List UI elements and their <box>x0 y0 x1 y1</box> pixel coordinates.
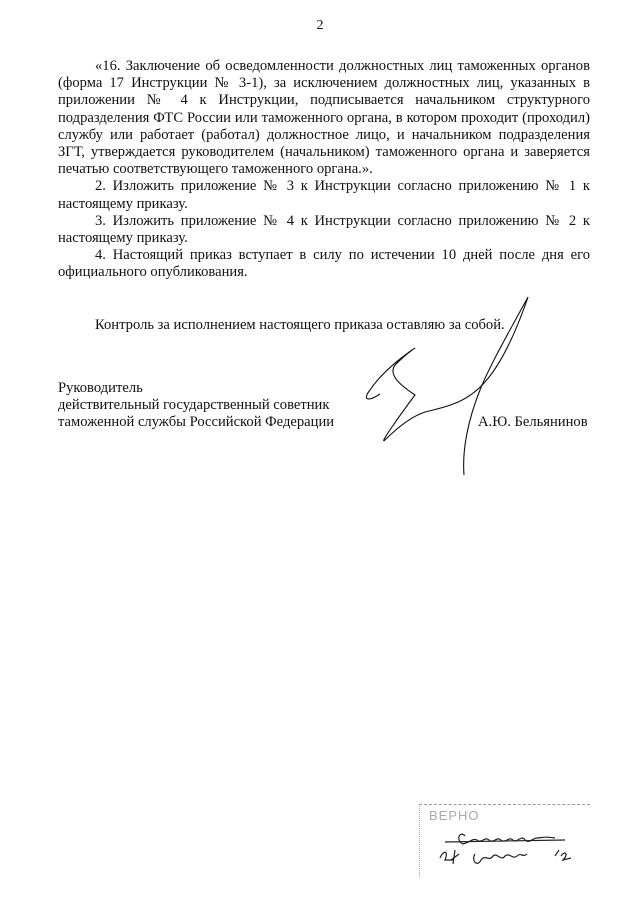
signatory-name: А.Ю. Бельянинов <box>478 414 588 431</box>
document-body: «16. Заключение об осведомленности должн… <box>58 58 590 282</box>
signatory-title: Руководитель действительный государствен… <box>58 380 334 432</box>
signatory-title-line2: действительный государственный советник <box>58 397 334 414</box>
signatory-title-line1: Руководитель <box>58 380 334 397</box>
paragraph-16: «16. Заключение об осведомленности должн… <box>58 58 590 178</box>
paragraph-2: 2. Изложить приложение № 3 к Инструкции … <box>58 178 590 212</box>
signatory-title-line3: таможенной службы Российской Федерации <box>58 414 334 431</box>
handwritten-annotation-icon <box>415 798 590 878</box>
certification-stamp: ВЕРНО <box>415 798 590 878</box>
page-number: 2 <box>0 18 640 34</box>
signature-icon <box>340 290 560 480</box>
paragraph-4: 4. Настоящий приказ вступает в силу по и… <box>58 247 590 281</box>
paragraph-3: 3. Изложить приложение № 4 к Инструкции … <box>58 213 590 247</box>
